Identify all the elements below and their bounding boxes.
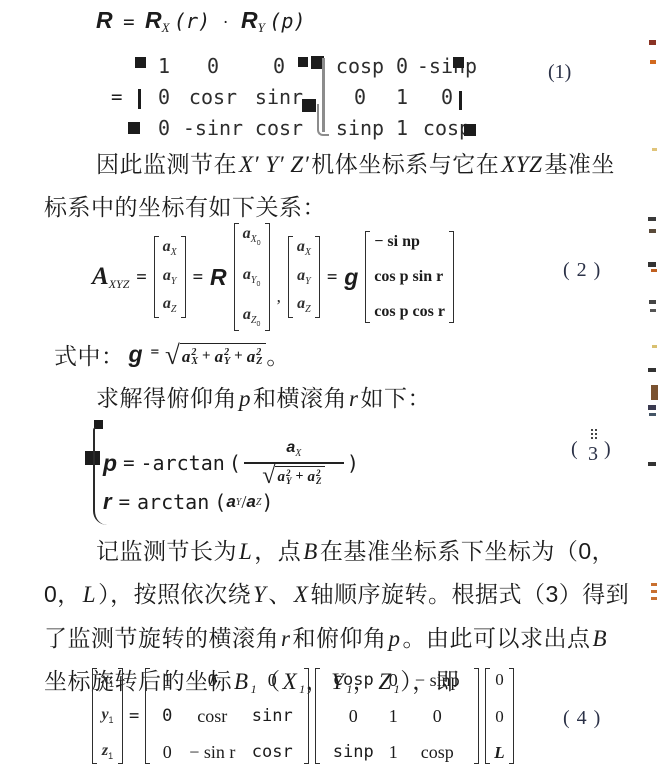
- vector-row: aX: [163, 239, 177, 258]
- matrix-pitch: cosp0− sinp 010 sinp1cosp: [315, 668, 479, 764]
- numerator: aX: [286, 439, 301, 459]
- formula-token: (p): [269, 9, 305, 33]
- edge-mark: [648, 217, 656, 221]
- matrix-cell: cosr: [189, 87, 237, 107]
- formula-token: R: [241, 7, 258, 33]
- function-name: -arctan: [141, 451, 225, 475]
- equation-number-2: ( 2 ): [563, 259, 601, 282]
- matrix-2: cosp 0 -sinp 0 1 0 sinp 1 cosp: [332, 56, 478, 138]
- equation-number-3-paren: ): [604, 438, 612, 461]
- vector-row: aY: [297, 268, 311, 287]
- matrix-cell: cosr: [255, 118, 303, 138]
- edge-mark: [651, 597, 657, 600]
- matrix-cell: sinr: [255, 87, 303, 107]
- variable-p: p: [103, 450, 117, 477]
- variable: X′ Y′ Z′: [237, 152, 311, 177]
- vector-row: aY: [163, 268, 177, 287]
- variable-r: r: [103, 489, 112, 515]
- ocr-bracket-artifact: [464, 124, 476, 136]
- paren: (: [214, 490, 226, 514]
- edge-mark: [650, 60, 656, 64]
- formula-token: ·: [223, 12, 229, 32]
- fraction-bar: [244, 462, 344, 464]
- ocr-dots-artifact: [591, 429, 593, 431]
- ocr-bracket-artifact: [138, 89, 141, 109]
- equals-sign: =: [151, 344, 159, 360]
- variable: r: [347, 386, 360, 411]
- formula-rotation-definition: R = RX (r) · RY (p): [96, 7, 305, 36]
- edge-mark: [649, 413, 656, 416]
- equation-number-4: ( 4 ): [563, 707, 601, 730]
- formula-token: R: [96, 7, 113, 33]
- matrix-cell: 0: [273, 56, 285, 76]
- vector-row: aZ0: [243, 307, 260, 328]
- edge-mark: [650, 309, 656, 312]
- equals-sign: =: [111, 86, 122, 108]
- vector-g-terms: − si np cos p sin r cos p cos r: [365, 231, 454, 323]
- ocr-bracket-artifact: [317, 104, 329, 136]
- formula-subscript: X: [162, 20, 170, 35]
- variable: p: [237, 386, 253, 411]
- matrix-cell: 0: [396, 56, 408, 76]
- formula-token: R: [145, 7, 162, 33]
- matrix-cell: 0: [354, 87, 366, 107]
- edge-mark: [648, 462, 656, 466]
- equals-sign: =: [129, 706, 139, 726]
- edge-mark: [651, 269, 657, 272]
- function-name: arctan: [137, 490, 209, 514]
- term: a2Y: [215, 347, 231, 367]
- fraction: aX √ a2Y + a2Z: [244, 439, 344, 487]
- comma: ,: [277, 287, 281, 335]
- equals-sign: =: [123, 452, 134, 474]
- text-run: 因此监测节在: [96, 151, 237, 177]
- paren: (: [229, 451, 241, 475]
- matrix-roll: 100 0cosrsinr 0− sin rcosr: [145, 668, 309, 764]
- edge-mark: [649, 300, 656, 304]
- matrix-cell: cosp: [336, 56, 384, 76]
- vector-row: cos p cos r: [374, 304, 445, 320]
- matrix-cell: -sinr: [183, 118, 243, 138]
- ocr-bracket-artifact: [135, 57, 146, 68]
- matrix-cell: -sinp: [417, 56, 477, 76]
- edge-mark: [652, 345, 657, 348]
- paragraph-2-line-2: 0，L），按照依次绕Y、X轴顺序旋转。根据式（3）得到: [44, 576, 629, 609]
- equals-sign: =: [136, 267, 146, 287]
- formula-token: g: [129, 341, 143, 368]
- term: a2Z: [247, 347, 263, 367]
- edge-mark: [652, 148, 657, 151]
- edge-mark: [648, 368, 656, 372]
- vector-row: cos p sin r: [374, 269, 443, 285]
- ocr-bracket-artifact: [302, 99, 316, 112]
- paren: ): [347, 451, 359, 475]
- formula-subscript: Y: [258, 20, 265, 35]
- period: 。: [266, 338, 290, 371]
- matrix-cell: 1: [396, 87, 408, 107]
- g-definition-line: 式中： g = √ a2X + a2Y + a2Z 。: [54, 338, 290, 371]
- paragraph-2-line-1: 记监测节长为L，点B在基准坐标系下坐标为（0，: [96, 533, 615, 566]
- matrix-cell: 1: [396, 118, 408, 138]
- text-run: 求解得俯仰角: [96, 385, 237, 411]
- matrix-cell: 0: [158, 87, 170, 107]
- text-run: 基准坐: [544, 151, 615, 177]
- variable: XYZ: [499, 152, 544, 177]
- vector-row: aZ: [297, 296, 311, 315]
- equation-number-1: (1): [548, 61, 571, 84]
- equals-sign: =: [119, 491, 130, 513]
- vector-row: aX0: [243, 226, 261, 247]
- matrix-cell: 1: [158, 56, 170, 76]
- text-run: 如下：: [360, 385, 431, 411]
- text-run: 机体坐标系与它在: [311, 151, 499, 177]
- vector-row: aX: [297, 239, 311, 258]
- equation-3-roll: r = arctan ( aY / aZ ): [103, 489, 273, 515]
- formula-token: R: [210, 264, 227, 291]
- matrix-cell: 0: [441, 87, 453, 107]
- paragraph-1-line-1: 因此监测节在X′ Y′ Z′机体坐标系与它在XYZ基准坐: [96, 146, 615, 179]
- formula-symbol: AXYZ: [92, 263, 129, 292]
- ocr-bracket-artifact: [128, 122, 140, 134]
- edge-mark: [651, 590, 657, 593]
- edge-mark: [649, 229, 656, 233]
- vector-a-xyz0: aX0 aY0 aZ0: [234, 223, 270, 331]
- sqrt-expression: √ a2X + a2Y + a2Z: [165, 343, 266, 367]
- equation-number-3-paren: (: [571, 438, 579, 461]
- vector-a-xyz: aX aY aZ: [288, 236, 320, 318]
- plus-sign: +: [202, 348, 211, 365]
- radicand: a2X + a2Y + a2Z: [180, 343, 267, 367]
- text-run: 式中：: [54, 338, 125, 371]
- paragraph-2-line-3: 了监测节旋转的横滚角r和俯仰角p。由此可以求出点B: [44, 620, 609, 653]
- matrix-cell: sinp: [336, 118, 384, 138]
- equals-sign: =: [327, 267, 337, 287]
- formula-token: A: [92, 263, 109, 290]
- edge-mark: [651, 385, 658, 400]
- ocr-bracket-artifact: [298, 57, 308, 67]
- formula-subscript: XYZ: [109, 277, 130, 291]
- vector-00L: 0 0 L: [485, 668, 513, 764]
- denominator: √ a2Y + a2Z: [262, 466, 325, 487]
- text-run: 和横滚角: [253, 385, 347, 411]
- ocr-bracket-artifact: [453, 57, 464, 68]
- edge-mark: [651, 583, 657, 586]
- equals-sign: =: [193, 267, 203, 287]
- formula-token: g: [344, 264, 358, 291]
- formula-token: =: [123, 11, 134, 33]
- matrix-cell: 0: [158, 118, 170, 138]
- vector-row: aZ: [163, 296, 177, 315]
- matrix-cell: 0: [207, 56, 219, 76]
- text-run: 标系中的坐标有如下关系：: [44, 194, 326, 220]
- vector-xyz1: x1 y1 z1: [92, 668, 123, 764]
- formula-token: (r): [174, 9, 210, 33]
- vector-row: aY0: [243, 267, 260, 288]
- term: a2X: [182, 347, 198, 367]
- equation-2: AXYZ = aX aY aZ = R aX0 aY0 aZ0 , aX aY …: [92, 219, 454, 335]
- edge-mark: [649, 40, 656, 45]
- paren: ): [261, 490, 273, 514]
- vector-row: − si np: [374, 234, 420, 250]
- edge-mark: [648, 405, 656, 410]
- edge-mark: [648, 262, 656, 267]
- vector-a-xyz: aX aY aZ: [154, 236, 186, 318]
- paragraph-1-line-2: 标系中的坐标有如下关系：: [44, 189, 326, 222]
- equation-4: x1 y1 z1 = 100 0cosrsinr 0− sin rcosr co…: [92, 666, 514, 766]
- radical-sign: √: [165, 343, 180, 367]
- ocr-bracket-artifact: [459, 91, 462, 110]
- document-page: R = RX (r) · RY (p) = 1 0 0 0 cosr sinr …: [0, 0, 659, 769]
- matrix-1: 1 0 0 0 cosr sinr 0 -sinr cosr: [148, 56, 312, 138]
- equation-number-3-digit: 3: [588, 443, 599, 466]
- plus-sign: +: [234, 348, 243, 365]
- solve-line: 求解得俯仰角p和横滚角r如下：: [96, 380, 431, 413]
